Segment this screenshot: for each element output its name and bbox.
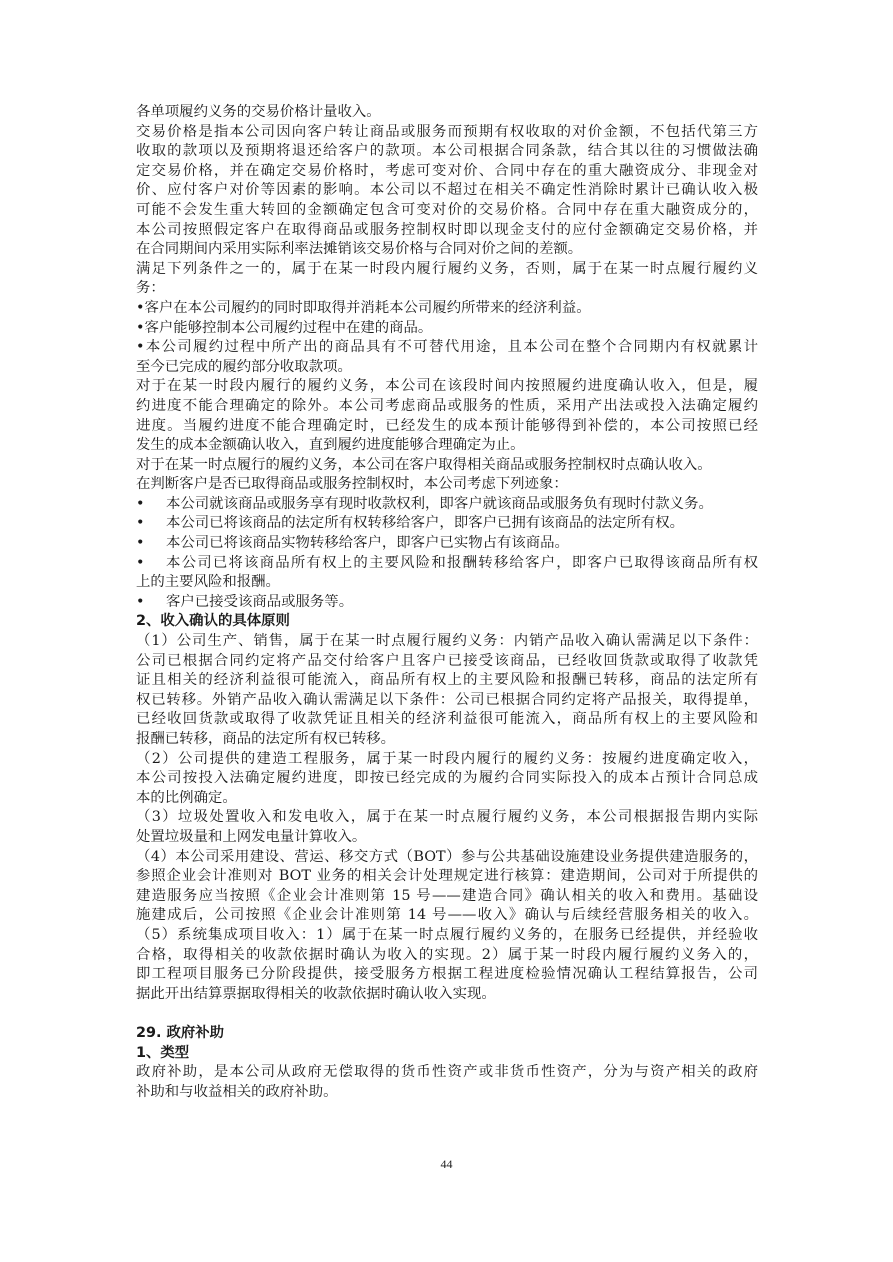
spacer xyxy=(136,1004,758,1024)
paragraph-line: 本公司按投入法确定履约进度，即按已经完成的为履约合同实际投入的成本占预计合同总成 xyxy=(136,769,758,789)
indicator-item: • 客户已接受该商品或服务等。 xyxy=(136,593,758,613)
paragraph-line: 对于在某一时点履行的履约义务，本公司在客户取得相关商品或服务控制权时点确认收入。 xyxy=(136,456,758,476)
bullet-icon: • xyxy=(136,593,166,613)
paragraph-line: 参照企业会计准则对 BOT 业务的相关会计处理规定进行核算：建造期间，公司对于所… xyxy=(136,867,758,887)
condition-item: •客户能够控制本公司履约过程中在建的商品。 xyxy=(136,319,758,339)
paragraph-line: 满足下列条件之一的，属于在某一时段内履行履约义务，否则，属于在某一时点履行履约义 xyxy=(136,260,758,280)
paragraph-line: 发生的成本金额确认收入，直到履约进度能够合理确定为止。 xyxy=(136,436,758,456)
paragraph-line: 在合同期间内采用实际利率法摊销该交易价格与合同对价之间的差额。 xyxy=(136,240,758,260)
document-page: 各单项履约义务的交易价格计量收入。 交易价格是指本公司因向客户转让商品或服务而预… xyxy=(0,0,893,1262)
paragraph-line: 本的比例确定。 xyxy=(136,789,758,809)
indicator-item: • 本公司就该商品或服务享有现时收款权利，即客户就该商品或服务负有现时付款义务。 xyxy=(136,495,758,515)
paragraph-line: 施建成后，公司按照《企业会计准则第 14 号——收入》确认与后续经营服务相关的收… xyxy=(136,906,758,926)
paragraph-line: 收取的款项以及预期将退还给客户的款项。本公司根据合同条款，结合其以往的习惯做法确 xyxy=(136,142,758,162)
paragraph-line: 价、应付客户对价等因素的影响。本公司以不超过在相关不确定性消除时累计已确认收入极 xyxy=(136,181,758,201)
paragraph-line: 建造服务应当按照《企业会计准则第 15 号——建造合同》确认相关的收入和费用。基… xyxy=(136,887,758,907)
paragraph-line: 即工程项目服务已分阶段提供，接受服务方根据工程进度检验情况确认工程结算报告，公司 xyxy=(136,965,758,985)
indicator-continuation: 上的主要风险和报酬。 xyxy=(136,573,758,593)
paragraph-line: 约进度不能合理确定的除外。本公司考虑商品或服务的性质，采用产出法或投入法确定履约 xyxy=(136,397,758,417)
indicator-item: • 本公司已将该商品的法定所有权转移给客户，即客户已拥有该商品的法定所有权。 xyxy=(136,514,758,534)
bullet-icon: • xyxy=(136,534,166,554)
indicator-text: 本公司已将该商品实物转移给客户，即客户已实物占有该商品。 xyxy=(166,534,758,554)
indicator-text: 本公司已将该商品所有权上的主要风险和报酬转移给客户，即客户已取得该商品所有权 xyxy=(166,554,758,574)
subsection-heading: 1、类型 xyxy=(136,1044,758,1064)
paragraph-line: 合格，取得相关的收款依据时确认为收入的实现。2）属于某一时段内履行履约义务入的， xyxy=(136,946,758,966)
indicator-text: 本公司就该商品或服务享有现时收款权利，即客户就该商品或服务负有现时付款义务。 xyxy=(166,495,758,515)
paragraph-line: 权已转移。外销产品收入确认需满足以下条件：公司已根据合同约定将产品报关，取得提单… xyxy=(136,691,758,711)
indicator-text: 本公司已将该商品的法定所有权转移给客户，即客户已拥有该商品的法定所有权。 xyxy=(166,514,758,534)
paragraph-line: 证且相关的经济利益很可能流入，商品所有权上的主要风险和报酬已转移，商品的法定所有 xyxy=(136,671,758,691)
paragraph-line: 对于在某一时段内履行的履约义务，本公司在该段时间内按照履约进度确认收入，但是，履 xyxy=(136,377,758,397)
paragraph-line: 本公司按照假定客户在取得商品或服务控制权时即以现金支付的应付金额确定交易价格，并 xyxy=(136,221,758,241)
indicator-item: • 本公司已将该商品实物转移给客户，即客户已实物占有该商品。 xyxy=(136,534,758,554)
paragraph-line: 交易价格是指本公司因向客户转让商品或服务而预期有权收取的对价金额，不包括代第三方 xyxy=(136,123,758,143)
paragraph-line: （4）本公司采用建设、营运、移交方式（BOT）参与公共基础设施建设业务提供建造服… xyxy=(136,848,758,868)
paragraph-line: 进度。当履约进度不能合理确定时，已经发生的成本预计能够得到补偿的，本公司按照已经 xyxy=(136,417,758,437)
paragraph-line: 公司已根据合同约定将产品交付给客户且客户已接受该商品，已经收回货款或取得了收款凭 xyxy=(136,652,758,672)
paragraph-line: 处置垃圾量和上网发电量计算收入。 xyxy=(136,828,758,848)
paragraph-line: 定交易价格，并在确定交易价格时，考虑可变对价、合同中存在的重大融资成分、非现金对 xyxy=(136,162,758,182)
paragraph-line: 据此开出结算票据取得相关的收款依据时确认收入实现。 xyxy=(136,985,758,1005)
section-heading: 2、收入确认的具体原则 xyxy=(136,612,758,632)
indicator-text: 客户已接受该商品或服务等。 xyxy=(166,593,758,613)
paragraph-line: 在判断客户是否已取得商品或服务控制权时，本公司考虑下列迹象： xyxy=(136,475,758,495)
paragraph-line: 已经收回货款或取得了收款凭证且相关的经济利益很可能流入，商品所有权上的主要风险和 xyxy=(136,710,758,730)
condition-item: •客户在本公司履约的同时即取得并消耗本公司履约所带来的经济利益。 xyxy=(136,299,758,319)
paragraph-line: 各单项履约义务的交易价格计量收入。 xyxy=(136,103,758,123)
bullet-icon: • xyxy=(136,514,166,534)
paragraph-line: 报酬已转移，商品的法定所有权已转移。 xyxy=(136,730,758,750)
paragraph-line: 政府补助，是本公司从政府无偿取得的货币性资产或非货币性资产，分为与资产相关的政府 xyxy=(136,1063,758,1083)
paragraph-line: （5）系统集成项目收入：1）属于在某一时点履行履约义务的，在服务已经提供，并经验… xyxy=(136,926,758,946)
condition-item-continuation: 至今已完成的履约部分收取款项。 xyxy=(136,358,758,378)
paragraph-line: 可能不会发生重大转回的金额确定包含可变对价的交易价格。合同中存在重大融资成分的， xyxy=(136,201,758,221)
paragraph-line: （3）垃圾处置收入和发电收入，属于在某一时点履行履约义务，本公司根据报告期内实际 xyxy=(136,808,758,828)
section-heading: 29. 政府补助 xyxy=(136,1024,758,1044)
page-number: 44 xyxy=(0,1157,893,1172)
bullet-icon: • xyxy=(136,554,166,574)
condition-item: •本公司履约过程中所产出的商品具有不可替代用途，且本公司在整个合同期内有权就累计 xyxy=(136,338,758,358)
paragraph-line: 补助和与收益相关的政府补助。 xyxy=(136,1083,758,1103)
paragraph-line: （2）公司提供的建造工程服务，属于某一时段内履行的履约义务：按履约进度确定收入， xyxy=(136,750,758,770)
page-body: 各单项履约义务的交易价格计量收入。 交易价格是指本公司因向客户转让商品或服务而预… xyxy=(136,103,758,1102)
paragraph-line: （1）公司生产、销售，属于在某一时点履行履约义务：内销产品收入确认需满足以下条件… xyxy=(136,632,758,652)
bullet-icon: • xyxy=(136,495,166,515)
paragraph-line: 务： xyxy=(136,279,758,299)
indicator-item: • 本公司已将该商品所有权上的主要风险和报酬转移给客户，即客户已取得该商品所有权 xyxy=(136,554,758,574)
